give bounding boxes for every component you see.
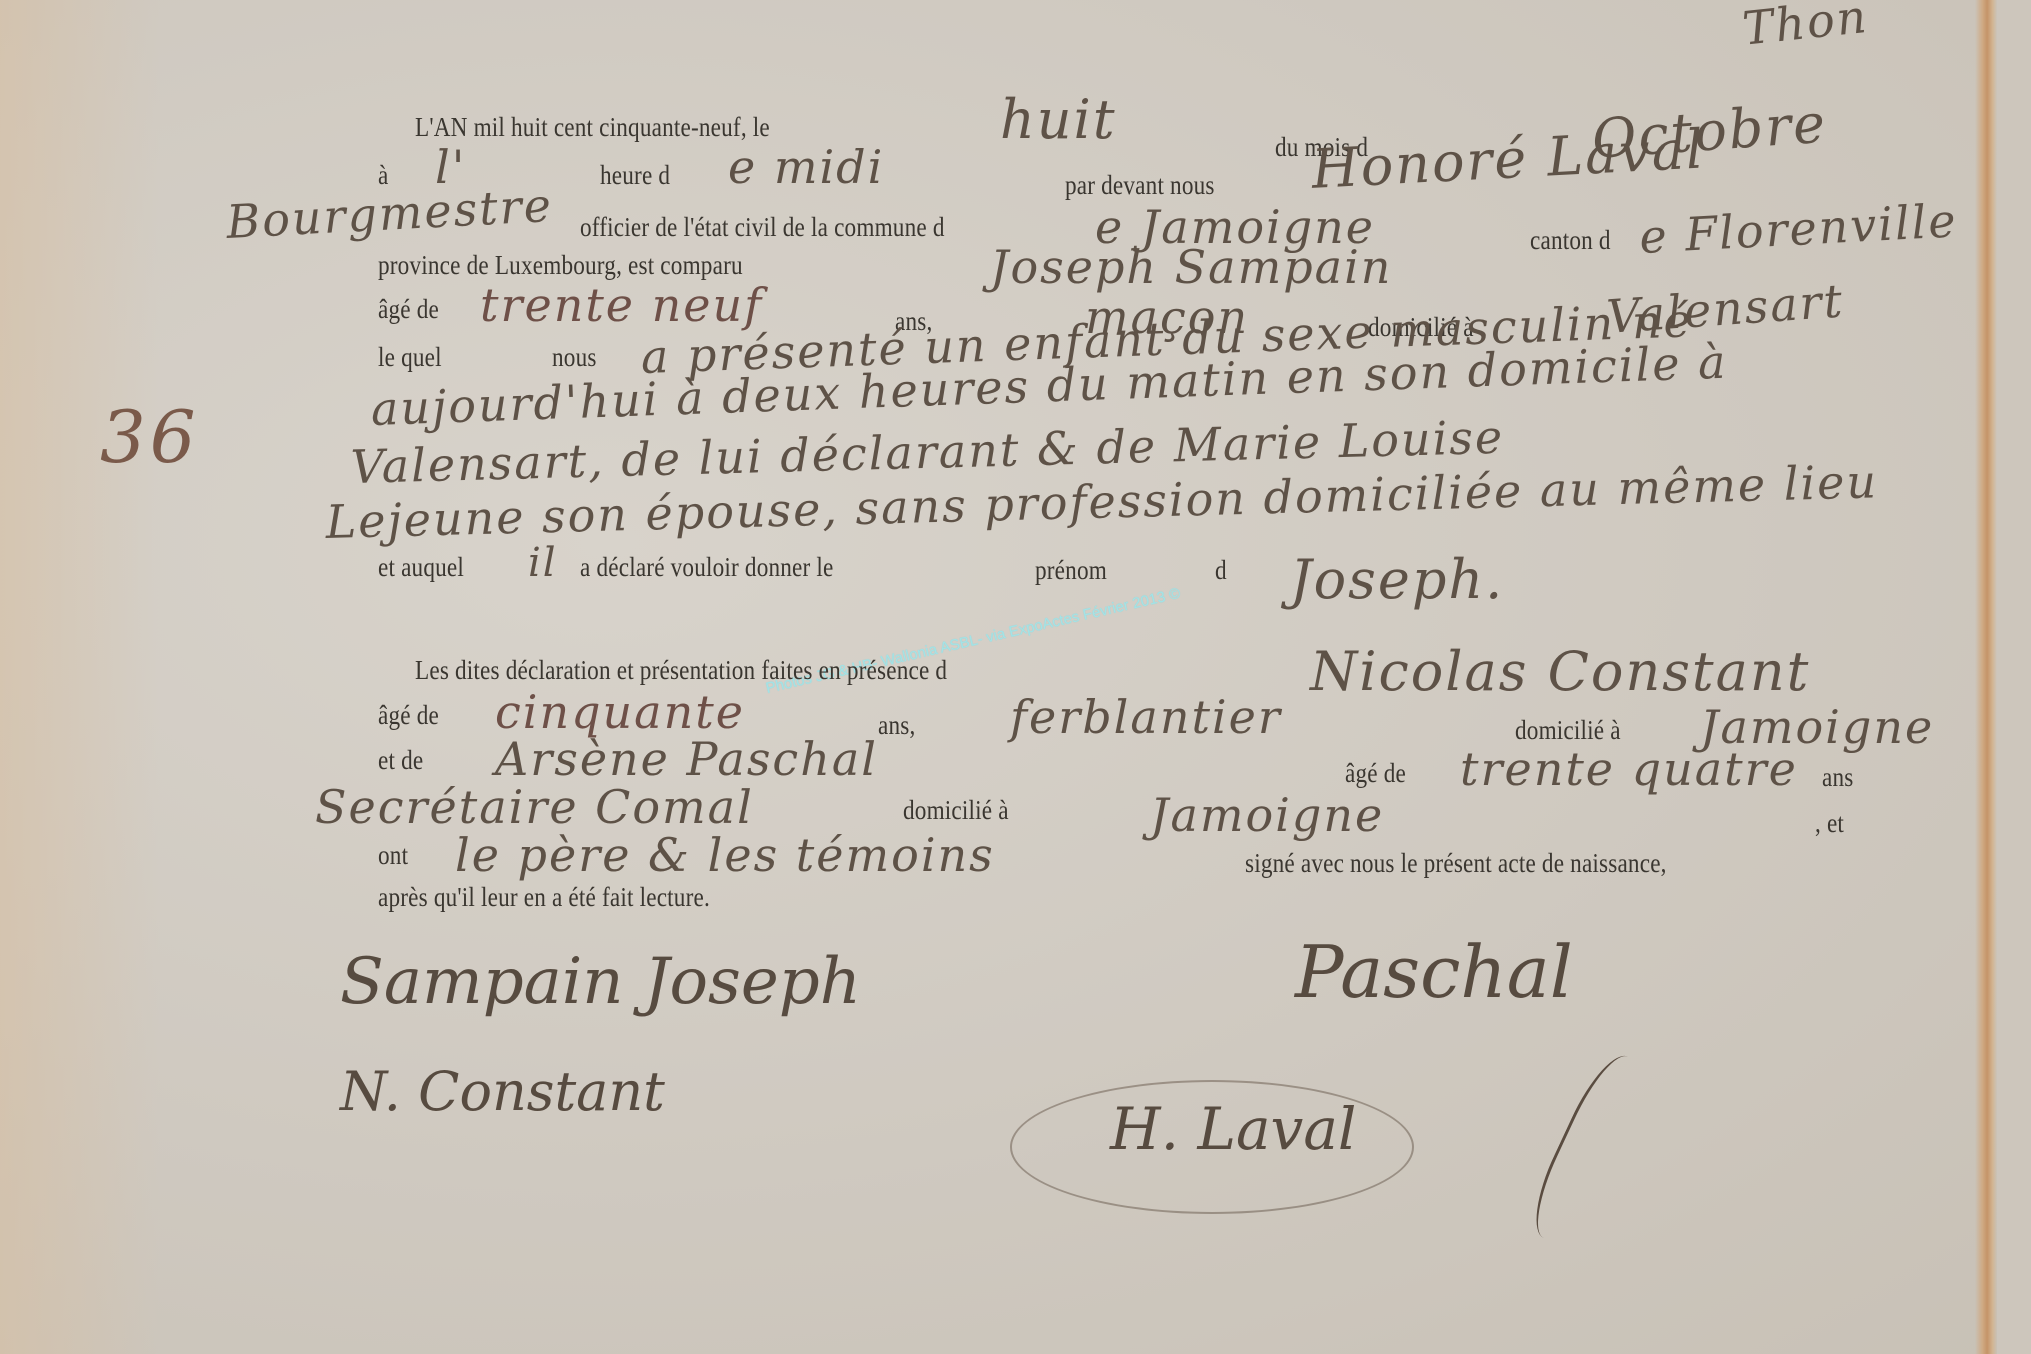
printed-line4: province de Luxembourg, est comparu bbox=[378, 250, 743, 281]
printed-line2-c: par devant nous bbox=[1065, 170, 1215, 201]
top-annotation: Thon bbox=[1740, 0, 1871, 56]
printed-line10-a: et auquel bbox=[378, 552, 464, 583]
next-page-strip bbox=[1997, 0, 2031, 1354]
hand-signers: le père & les témoins bbox=[455, 828, 995, 882]
printed-line3-b: canton d bbox=[1530, 225, 1611, 256]
hand-witness1-age: cinquante bbox=[495, 685, 745, 739]
printed-line10-c: prénom bbox=[1035, 555, 1107, 586]
printed-line1-a: L'AN mil huit cent cinquante-neuf, le bbox=[415, 112, 770, 143]
hand-witness1-profession: ferblantier bbox=[1010, 690, 1282, 744]
hand-witness2-domicile: Jamoigne bbox=[1150, 788, 1384, 842]
printed-p2-line6: après qu'il leur en a été fait lecture. bbox=[378, 882, 710, 913]
printed-p2-line4-a: domicilié à bbox=[903, 795, 1009, 826]
signature-officer: H. Laval bbox=[1110, 1095, 1356, 1163]
printed-p2-line5-a: ont bbox=[378, 840, 408, 871]
hand-declarant-age: trente neuf bbox=[480, 278, 763, 332]
printed-line2-b: heure d bbox=[600, 160, 670, 191]
printed-p2-line3-b: âgé de bbox=[1345, 758, 1406, 789]
signature-witness2: Paschal bbox=[1295, 930, 1573, 1014]
hand-witness2-name: Arsène Paschal bbox=[495, 732, 878, 786]
printed-line6-a: le quel bbox=[378, 342, 442, 373]
signature-witness1: N. Constant bbox=[340, 1060, 665, 1123]
printed-p2-line3-a: et de bbox=[378, 745, 423, 776]
hand-officer-name: Honoré Laval bbox=[1310, 117, 1707, 201]
hand-witness2-profession: Secrétaire Comal bbox=[315, 780, 754, 834]
page-edge bbox=[1975, 0, 1997, 1354]
hand-canton: e Florenville bbox=[1638, 193, 1959, 264]
printed-p2-line1: Les dites déclaration et présentation fa… bbox=[415, 655, 947, 686]
printed-p2-line4-b: , et bbox=[1815, 808, 1844, 839]
hand-child-name: Joseph. bbox=[1290, 548, 1504, 611]
printed-p2-line2-a: âgé de bbox=[378, 700, 439, 731]
hand-witness1-name: Nicolas Constant bbox=[1310, 640, 1810, 703]
printed-line10-b: a déclaré vouloir donner le bbox=[580, 552, 834, 583]
printed-line6-b: nous bbox=[552, 342, 597, 373]
hand-auquel-pronoun: il bbox=[528, 540, 558, 586]
record-number: 36 bbox=[100, 395, 200, 479]
printed-line3-a: officier de l'état civil de la commune d bbox=[580, 212, 945, 243]
hand-officer-title: Bourgmestre bbox=[225, 178, 554, 249]
hand-day: huit bbox=[1000, 88, 1117, 151]
signature-father: Sampain Joseph bbox=[340, 945, 861, 1019]
printed-line10-d: d bbox=[1215, 555, 1227, 586]
document-page: 36 Thon L'AN mil huit cent cinquante-neu… bbox=[0, 0, 2031, 1354]
printed-p2-line3-c: ans bbox=[1822, 762, 1853, 793]
hand-witness2-age: trente quatre bbox=[1460, 742, 1798, 796]
printed-p2-line2-b: ans, bbox=[878, 710, 915, 741]
printed-line5-a: âgé de bbox=[378, 294, 439, 325]
hand-declarant: Joseph Sampain bbox=[990, 240, 1392, 294]
signature-flourish-stroke bbox=[1521, 1046, 1663, 1254]
hand-hour-suffix: e midi bbox=[728, 140, 884, 194]
printed-p2-line5-b: signé avec nous le présent acte de naiss… bbox=[1245, 848, 1667, 879]
